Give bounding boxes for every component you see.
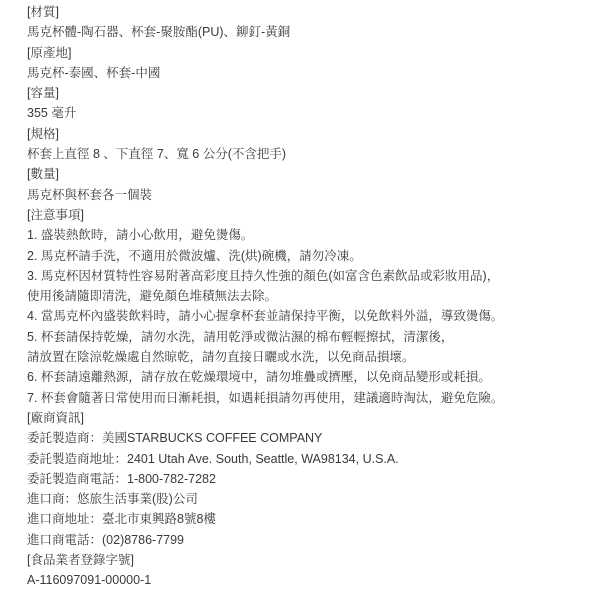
manufacturer-line: 進口商：悠旅生活事業(股)公司 bbox=[27, 489, 503, 509]
note-line: 5. 杯套請保持乾燥，請勿水洗，請用乾淨或微沾濕的棉布輕輕擦拭，清潔後， bbox=[27, 327, 503, 347]
registration-heading: [食品業者登錄字號] bbox=[27, 550, 503, 570]
note-line: 使用後請隨即清洗，避免顏色堆積無法去除。 bbox=[27, 286, 503, 306]
origin-text: 馬克杯-泰國、杯套-中國 bbox=[27, 63, 503, 83]
note-line: 6. 杯套請遠離熱源，請存放在乾燥環境中，請勿堆疊或擠壓，以免商品變形或耗損。 bbox=[27, 367, 503, 387]
manufacturer-line: 委託製造商電話：1-800-782-7282 bbox=[27, 469, 503, 489]
manufacturer-line: 委託製造商地址：2401 Utah Ave. South, Seattle, W… bbox=[27, 449, 503, 469]
notes-heading: [注意事項] bbox=[27, 205, 503, 225]
manufacturer-line: 進口商電話：(02)8786-7799 bbox=[27, 530, 503, 550]
product-spec-document: [材質] 馬克杯體-陶石器、杯套-聚胺酯(PU)、鉚釘-黃銅 [原產地] 馬克杯… bbox=[27, 2, 503, 591]
note-line: 4. 當馬克杯內盛裝飲料時，請小心握拿杯套並請保持平衡，以免飲料外溢，導致燙傷。 bbox=[27, 306, 503, 326]
material-heading: [材質] bbox=[27, 2, 503, 22]
origin-heading: [原產地] bbox=[27, 43, 503, 63]
note-line: 3. 馬克杯因材質特性容易附著高彩度且持久性強的顏色(如富含色素飲品或彩妝用品)… bbox=[27, 266, 503, 286]
manufacturer-line: 進口商地址：臺北市東興路8號8樓 bbox=[27, 509, 503, 529]
material-text: 馬克杯體-陶石器、杯套-聚胺酯(PU)、鉚釘-黃銅 bbox=[27, 22, 503, 42]
spec-heading: [規格] bbox=[27, 124, 503, 144]
capacity-heading: [容量] bbox=[27, 83, 503, 103]
registration-number: A-116097091-00000-1 bbox=[27, 570, 503, 590]
spec-text: 杯套上直徑 8 、下直徑 7、寬 6 公分(不含把手) bbox=[27, 144, 503, 164]
note-line: 2. 馬克杯請手洗，不適用於微波爐、洗(烘)碗機，請勿冷凍。 bbox=[27, 246, 503, 266]
quantity-text: 馬克杯與杯套各一個裝 bbox=[27, 185, 503, 205]
manufacturer-heading: [廠商資訊] bbox=[27, 408, 503, 428]
manufacturer-line: 委託製造商：美國STARBUCKS COFFEE COMPANY bbox=[27, 428, 503, 448]
note-line: 請放置在陰涼乾燥處自然晾乾，請勿直接日曬或水洗，以免商品損壞。 bbox=[27, 347, 503, 367]
note-line: 1. 盛裝熱飲時，請小心飲用，避免燙傷。 bbox=[27, 225, 503, 245]
quantity-heading: [數量] bbox=[27, 164, 503, 184]
capacity-text: 355 毫升 bbox=[27, 103, 503, 123]
note-line: 7. 杯套會隨著日常使用而日漸耗損，如遇耗損請勿再使用，建議適時淘汰，避免危險。 bbox=[27, 388, 503, 408]
